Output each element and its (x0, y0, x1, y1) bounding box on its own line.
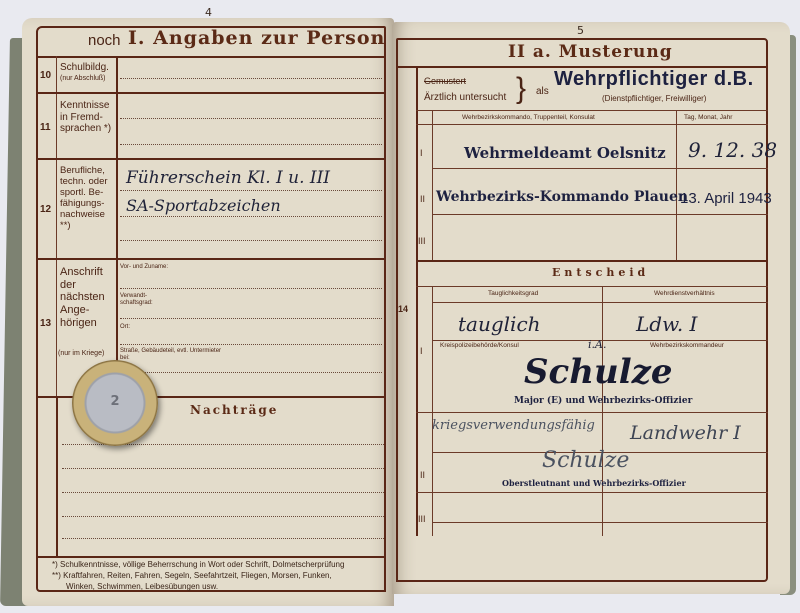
entry-line[interactable] (62, 516, 384, 517)
row-number-11: 11 (40, 122, 51, 134)
label-column-line (116, 56, 118, 396)
row-number-13: 13 (40, 318, 51, 330)
stamp-conscript-status: Wehrpflichtiger d.B. (554, 68, 754, 91)
column-header-fitness: Tauglichkeitsgrad (488, 290, 538, 297)
right-page: 5 II a. Musterung Gemustert Ärztlich unt… (392, 22, 790, 594)
entry-line[interactable] (120, 288, 382, 289)
field-label-place: Ort: (120, 324, 130, 331)
divider (416, 412, 768, 413)
entry-line[interactable] (120, 144, 382, 145)
section-title: I. Angaben zur Person (128, 27, 385, 49)
label-as: als (536, 86, 549, 98)
divider (36, 56, 386, 58)
divider (416, 124, 768, 125)
coin-label: 2 (72, 394, 158, 409)
divider (36, 92, 386, 94)
handwritten-fitness-2: kriegsverwendungsfähig (432, 418, 595, 433)
divider (416, 110, 768, 111)
entry-line[interactable] (120, 78, 382, 79)
footnote-3: Winken, Schwimmen, Leibesübungen usw. (66, 582, 218, 592)
signature-1: Schulze (524, 352, 673, 392)
divider (416, 492, 768, 493)
entry-line[interactable] (120, 318, 382, 319)
entry-line[interactable] (62, 468, 384, 469)
entry-line[interactable] (62, 538, 384, 539)
column-header-date: Tag, Monat, Jahr (684, 114, 732, 121)
roman-II: II (420, 194, 425, 204)
stamp-signer-title-2: Oberstleutnant und Wehrbezirks-Offizier (502, 478, 686, 488)
row-number-10: 10 (40, 70, 51, 82)
stamped-date-2: 13. April 1943 (680, 190, 772, 207)
brace: } (516, 72, 526, 107)
row-label-qualifications: Berufliche, techn. oder sportl. Be-fähig… (60, 166, 114, 232)
divider (416, 260, 768, 262)
date-column-line (676, 110, 677, 260)
row-label-schoolbildung: Schulbildg. (60, 62, 109, 74)
roman-II: II (420, 470, 425, 480)
footnote-2: **) Kraftfahren, Reiten, Fahren, Segeln,… (52, 571, 332, 581)
divider (432, 168, 768, 169)
decision-title: Entscheid (552, 266, 649, 279)
column-header-office: Wehrbezirkskommando, Truppenteil, Konsul… (462, 114, 595, 121)
middle-column-line (602, 286, 603, 536)
row-label-foreign-languages: Kenntnisse in Fremd-sprachen *) (60, 100, 114, 135)
divider (36, 556, 386, 558)
row-number-14: 14 (398, 304, 408, 314)
divider (36, 258, 386, 260)
stamp-office-oelsnitz: Wehrmeldeamt Oelsnitz (464, 144, 666, 162)
divider (36, 158, 386, 160)
roman-I: I (420, 148, 423, 158)
nachtraege-left-line (56, 396, 58, 556)
divider (432, 302, 768, 303)
roman-column-line (432, 110, 433, 260)
status-hint: (Dienstpflichtiger, Freiwilliger) (602, 94, 706, 103)
signature-2: Schulze (542, 448, 629, 473)
coin: 2 (72, 360, 158, 446)
stamp-office-plauen: Wehrbezirks-Kommando Plauen (436, 189, 688, 205)
entry-line[interactable] (120, 240, 382, 241)
handwritten-fitness-1: tauglich (458, 312, 541, 336)
field-label-street: Straße, Gebäudeteil, evtl. Untermieter b… (120, 348, 230, 362)
roman-column-line (432, 286, 433, 536)
handwritten-entry-drivers-license: Führerschein Kl. I u. III (126, 168, 330, 188)
page-number: 5 (577, 24, 584, 37)
page-number: 4 (205, 6, 212, 19)
divider (432, 522, 768, 523)
header-prefix: noch (88, 32, 121, 49)
entry-line[interactable] (120, 190, 382, 191)
handwritten-ia: i.A. (588, 338, 606, 351)
sub-label-district-commander: Wehrbezirkskommandeur (650, 342, 724, 349)
entry-line[interactable] (120, 216, 382, 217)
entry-line[interactable] (62, 492, 384, 493)
struck-label-mustered: Gemustert (424, 76, 466, 86)
stamp-signer-title-1: Major (E) und Wehrbezirks-Offizier (514, 396, 692, 406)
footnote-1: *) Schulkenntnisse, völlige Beherrschung… (52, 560, 344, 570)
handwritten-service-1: Ldw. I (636, 312, 697, 336)
entry-line[interactable] (120, 118, 382, 119)
left-page: 4 noch I. Angaben zur Person 10 Schulbil… (22, 18, 394, 606)
entry-line[interactable] (120, 372, 382, 373)
row-label-next-of-kin: Anschrift der nächsten Ange-hörigen (60, 266, 114, 329)
handwritten-service-2: Landwehr I (630, 422, 741, 444)
row-sublabel-schoolbildung: (nur Abschluß) (60, 75, 106, 83)
left-margin-line (416, 66, 418, 536)
row-sublabel-wartime: (nur im Kriege) (58, 350, 104, 358)
field-label-name: Vor- und Zuname: (120, 264, 170, 271)
handwritten-entry-sa-sport-badge: SA-Sportabzeichen (126, 196, 281, 215)
roman-III: III (418, 514, 426, 524)
roman-III: III (418, 236, 426, 246)
nachtraege-title: Nachträge (190, 403, 278, 417)
entry-line[interactable] (120, 344, 382, 345)
divider (416, 286, 768, 287)
column-header-service: Wehrdienstverhältnis (654, 290, 715, 297)
section-title: II a. Musterung (508, 42, 673, 62)
sub-label-police-authority: Kreispolizeibehörde/Konsul (440, 342, 519, 349)
divider (432, 214, 768, 215)
handwritten-date-1: 9. 12. 38 (688, 138, 777, 162)
field-label-relationship: Verwandt-schaftsgrad: (120, 293, 170, 307)
roman-I: I (420, 346, 423, 356)
row-number-12: 12 (40, 204, 51, 216)
label-medically-examined: Ärztlich untersucht (424, 92, 506, 104)
number-column-line (56, 56, 57, 396)
